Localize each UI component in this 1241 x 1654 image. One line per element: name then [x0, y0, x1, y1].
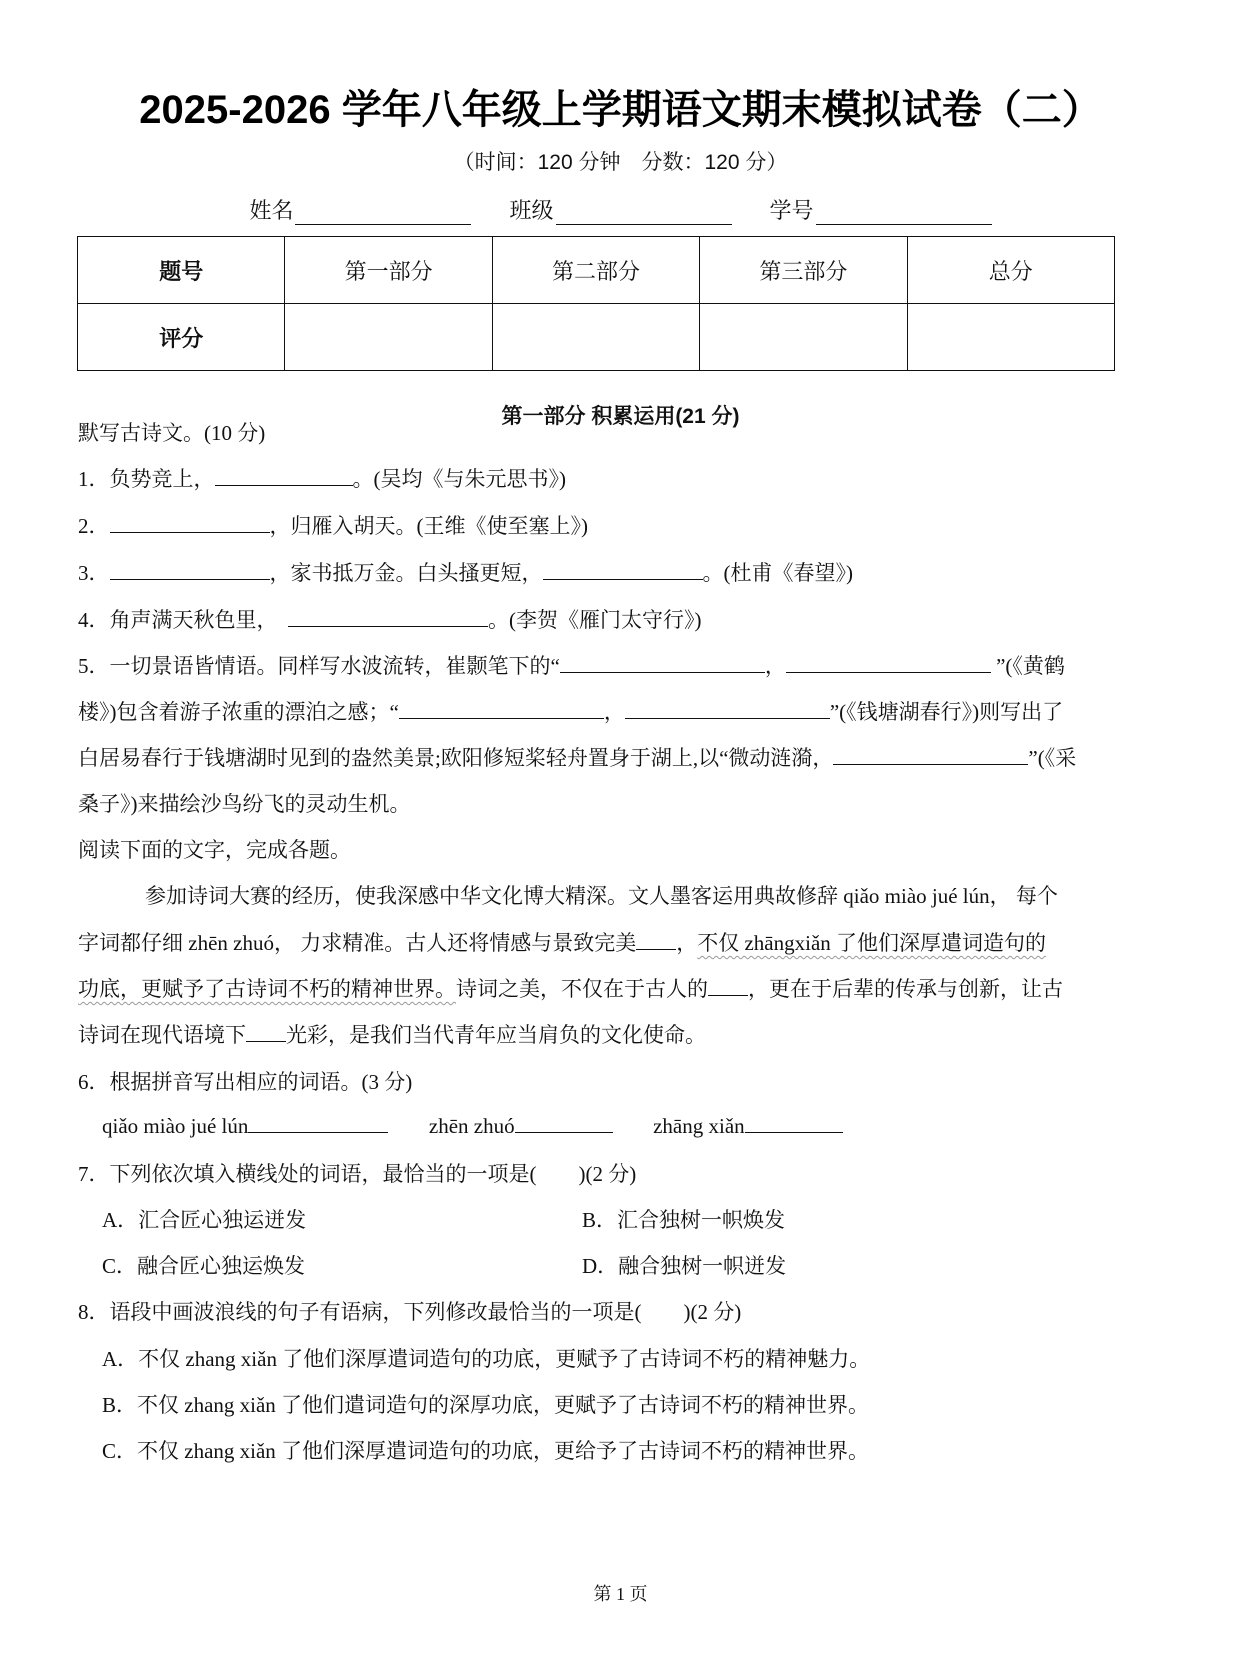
passage-line-2: 字词都仔细 zhēn zhuó， 力求精准。古人还将情感与景致完美，不仅 zhā…: [78, 927, 1046, 957]
question-7-stem: 7．下列依次填入横线处的词语，最恰当的一项是( )(2 分): [78, 1158, 636, 1188]
passage-line-4: 诗词在现代语境下光彩，是我们当代青年应当肩负的文化使命。: [78, 1019, 706, 1049]
q7-option-a[interactable]: A．汇合匠心独运迸发: [102, 1204, 306, 1234]
q2-prefix: 2．: [78, 514, 110, 538]
q4-prefix: 4．角声满天秋色里，: [78, 608, 278, 632]
class-field[interactable]: 班级: [509, 194, 731, 225]
q5-blank-5[interactable]: [833, 744, 1028, 765]
q5-blank-2[interactable]: [786, 652, 991, 673]
q1-suffix: 。(吴均《与朱元思书》): [353, 467, 567, 491]
passage-text: ，: [676, 931, 697, 955]
passage-line-3: 功底，更赋予了古诗词不朽的精神世界。诗词之美，不仅在于古人的，更在于后辈的传承与…: [78, 973, 1063, 1003]
q8-option-b[interactable]: B．不仅 zhang xiǎn 了他们遣词造句的深厚功底，更赋予了古诗词不朽的精…: [102, 1389, 869, 1419]
question-4: 4．角声满天秋色里， 。(李贺《雁门太守行》): [78, 604, 702, 634]
q5-text: ”(《钱塘湖春行》)则写出了: [830, 700, 1063, 724]
question-5-line-1: 5．一切景语皆情语。同样写水波流转，崔颢笔下的“， ”(《黄鹤: [78, 650, 1065, 680]
reading-intro: 阅读下面的文字，完成各题。: [78, 834, 351, 864]
table-header-cell: 第三部分: [700, 237, 907, 304]
question-5-line-2: 楼》)包含着游子浓重的漂泊之感；“，”(《钱塘湖春行》)则写出了: [78, 696, 1063, 726]
q2-suffix: ，归雁入胡天。(王维《使至塞上》): [270, 514, 589, 538]
wavy-underlined-sentence: 功底，更赋予了古诗词不朽的精神世界。: [78, 977, 456, 1001]
q5-text: 5．一切景语皆情语。同样写水波流转，崔颢笔下的“: [78, 654, 560, 678]
page-number: 第 1 页: [0, 1580, 1241, 1606]
table-header-cell: 题号: [78, 237, 285, 304]
question-5-line-3: 白居易春行于钱塘湖时见到的盎然美景;欧阳修短桨轻舟置身于湖上,以“微动涟漪，”(…: [78, 742, 1076, 772]
table-header-cell: 第二部分: [492, 237, 699, 304]
question-6-items: qiǎo miào jué lún zhēn zhuó zhāng xiǎn: [102, 1112, 843, 1139]
question-3: 3．，家书抵万金。白头搔更短，。(杜甫《春望》): [78, 557, 853, 587]
q1-prefix: 1．负势竞上，: [78, 467, 215, 491]
passage-text: 诗词之美，不仅在于古人的: [456, 977, 708, 1001]
score-cell[interactable]: [285, 304, 492, 371]
score-cell[interactable]: [907, 304, 1114, 371]
q3-suffix: 。(杜甫《春望》): [703, 561, 854, 585]
q5-blank-3[interactable]: [399, 698, 604, 719]
q4-suffix: 。(李贺《雁门太守行》): [488, 608, 702, 632]
q4-blank[interactable]: [288, 606, 488, 627]
q6-blank-3[interactable]: [745, 1112, 843, 1133]
wavy-underlined-sentence: 不仅 zhāngxiǎn 了他们深厚遣词造句的: [697, 931, 1046, 955]
score-cell[interactable]: [700, 304, 907, 371]
student-info-row: 姓名 班级 学号: [0, 194, 1241, 225]
question-1: 1．负势竞上，。(吴均《与朱元思书》): [78, 463, 566, 493]
student-id-label: 学号: [770, 194, 814, 225]
q5-text: 楼》)包含着游子浓重的漂泊之感；“: [78, 700, 399, 724]
q6-blank-1[interactable]: [248, 1112, 388, 1133]
q7-option-c[interactable]: C．融合匠心独运焕发: [102, 1250, 305, 1280]
question-6-stem: 6．根据拼音写出相应的词语。(3 分): [78, 1066, 412, 1096]
q8-option-c[interactable]: C．不仅 zhang xiǎn 了他们深厚遣词造句的功底，更给予了古诗词不朽的精…: [102, 1435, 869, 1465]
score-table-row: 评分: [78, 304, 1115, 371]
q5-text: ，: [604, 700, 625, 724]
class-blank[interactable]: [556, 202, 732, 225]
exam-title: 2025-2026 学年八年级上学期语文期末模拟试卷（二）: [0, 78, 1241, 135]
score-table-header-row: 题号 第一部分 第二部分 第三部分 总分: [78, 237, 1115, 304]
question-5-line-4: 桑子》)来描绘沙鸟纷飞的灵动生机。: [78, 788, 411, 818]
passage-text: 字词都仔细 zhēn zhuó， 力求精准。古人还将情感与景致完美: [78, 931, 636, 955]
table-header-cell: 总分: [907, 237, 1114, 304]
q8-option-a[interactable]: A．不仅 zhang xiǎn 了他们深厚遣词造句的功底，更赋予了古诗词不朽的精…: [102, 1343, 870, 1373]
passage-blank-1[interactable]: [636, 929, 676, 950]
name-field[interactable]: 姓名: [249, 194, 471, 225]
name-blank[interactable]: [295, 202, 471, 225]
q7-option-b[interactable]: B．汇合独树一帜焕发: [582, 1204, 785, 1234]
question-8-stem: 8．语段中画波浪线的句子有语病，下列修改最恰当的一项是( )(2 分): [78, 1296, 741, 1326]
student-id-field[interactable]: 学号: [770, 194, 992, 225]
exam-subtitle: （时间：120 分钟 分数：120 分）: [0, 146, 1241, 176]
q3-middle: ，家书抵万金。白头搔更短，: [270, 561, 543, 585]
q2-blank[interactable]: [110, 512, 270, 533]
q1-blank[interactable]: [215, 465, 353, 486]
score-table: 题号 第一部分 第二部分 第三部分 总分 评分: [77, 236, 1115, 371]
q5-text: ，: [765, 654, 786, 678]
q5-text: ”(《采: [1028, 746, 1076, 770]
passage-blank-2[interactable]: [708, 975, 748, 996]
q7-option-d[interactable]: D．融合独树一帜迸发: [582, 1250, 786, 1280]
passage-blank-3[interactable]: [246, 1021, 286, 1042]
student-id-blank[interactable]: [816, 202, 992, 225]
q3-blank-1[interactable]: [110, 559, 270, 580]
question-2: 2．，归雁入胡天。(王维《使至塞上》): [78, 510, 588, 540]
pinyin-item: qiǎo miào jué lún: [102, 1114, 248, 1138]
q6-blank-2[interactable]: [515, 1112, 613, 1133]
q3-blank-2[interactable]: [543, 559, 703, 580]
table-row-label: 评分: [78, 304, 285, 371]
dictation-intro: 默写古诗文。(10 分): [78, 417, 265, 447]
passage-text: 光彩，是我们当代青年应当肩负的文化使命。: [286, 1023, 706, 1047]
passage-text: ，更在于后辈的传承与创新，让古: [748, 977, 1063, 1001]
q3-prefix: 3．: [78, 561, 110, 585]
q5-text: ”(《黄鹤: [996, 654, 1065, 678]
score-cell[interactable]: [492, 304, 699, 371]
pinyin-item: zhēn zhuó: [429, 1114, 515, 1138]
q5-blank-1[interactable]: [560, 652, 765, 673]
pinyin-item: zhāng xiǎn: [653, 1114, 745, 1138]
q5-blank-4[interactable]: [625, 698, 830, 719]
q5-text: 白居易春行于钱塘湖时见到的盎然美景;欧阳修短桨轻舟置身于湖上,以“微动涟漪，: [78, 746, 833, 770]
name-label: 姓名: [249, 194, 293, 225]
passage-line-1: 参加诗词大赛的经历，使我深感中华文化博大精深。文人墨客运用典故修辞 qiǎo m…: [105, 880, 1058, 910]
class-label: 班级: [509, 194, 553, 225]
table-header-cell: 第一部分: [285, 237, 492, 304]
passage-text: 诗词在现代语境下: [78, 1023, 246, 1047]
